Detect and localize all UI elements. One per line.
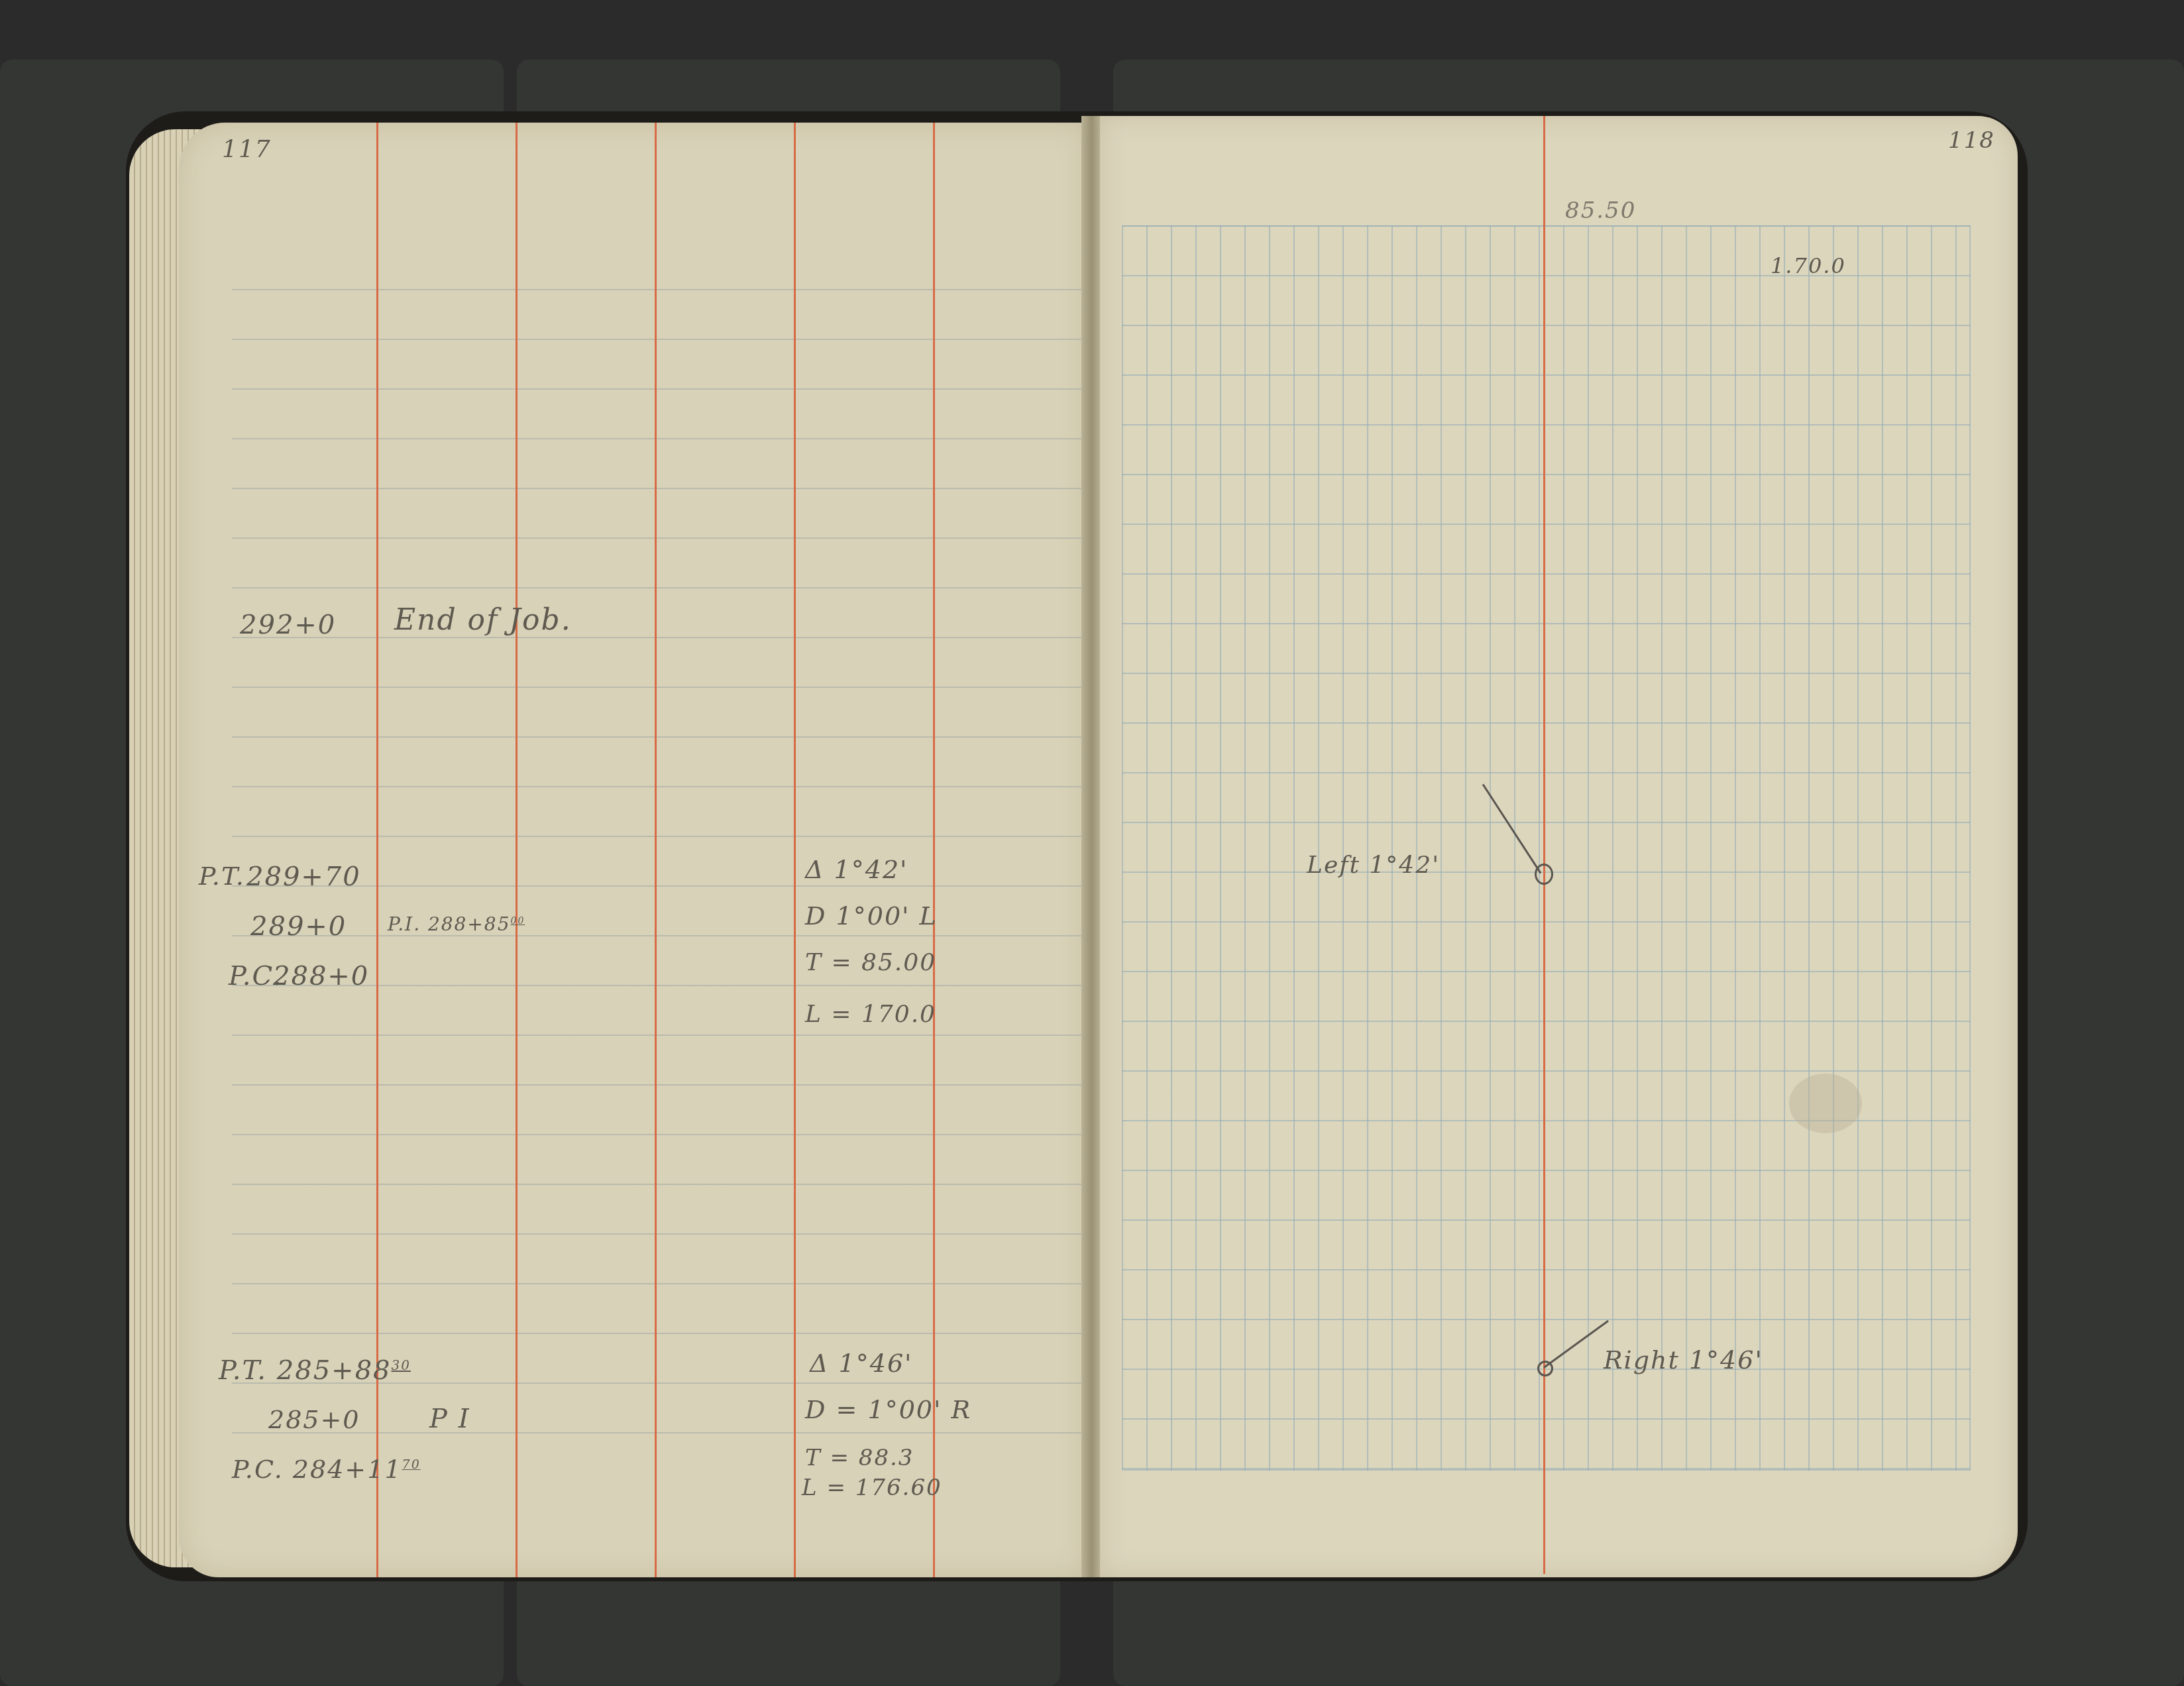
curve1-pt-station: 289+70 [246, 862, 361, 892]
curve2-pt-entry: P.T. 285+8830 [219, 1355, 411, 1386]
curve2-pc-entry: P.C. 284+1170 [232, 1455, 421, 1484]
curve2-pt-label: P.T. [219, 1355, 267, 1386]
curve1-pi-text: P.I. 288+85 [388, 913, 510, 935]
curve2-pc-sup: 70 [402, 1457, 421, 1472]
ruled-lines [232, 241, 1087, 1480]
curve2-pi-note: P I [429, 1404, 470, 1434]
curve1-pc-station: 288+0 [273, 961, 369, 991]
left-curve-label: Left 1°42' [1307, 852, 1440, 879]
right-curve-label: Right 1°46' [1604, 1345, 1763, 1375]
right-curve-pi-marker [1537, 1361, 1553, 1377]
column-rule [933, 123, 935, 1577]
column-rule [516, 123, 518, 1577]
curve2-degree: D = 1°00' R [805, 1395, 971, 1424]
curve2-mid-station: 285+0 [268, 1405, 360, 1434]
curve1-pi-sup: 00 [510, 916, 525, 927]
page-number-left: 117 [222, 136, 272, 163]
curve1-degree: D 1°00' L [805, 901, 938, 930]
curve2-pt-sup: 30 [392, 1357, 411, 1373]
curve1-mid-station: 289+0 [250, 911, 347, 942]
page-number-right: 118 [1948, 127, 1995, 154]
curve2-delta: Δ 1°46' [810, 1349, 913, 1378]
end-station: 292+0 [240, 610, 336, 640]
left-curve-pi-marker [1535, 864, 1553, 885]
column-rule [794, 123, 796, 1577]
curve2-pc-label: P.C. [232, 1455, 284, 1484]
top-value-2: 1.70.0 [1771, 253, 1846, 278]
top-value-1: 85.50 [1565, 197, 1636, 224]
end-note: End of Job. [394, 603, 572, 637]
curve2-pc-station: 284+11 [293, 1455, 402, 1484]
curve2-length: L = 176.60 [802, 1475, 942, 1501]
center-line-rule [1543, 116, 1545, 1574]
curve1-tangent: T = 85.00 [805, 949, 936, 976]
column-rule [655, 123, 657, 1577]
curve2-tangent: T = 88.3 [805, 1445, 914, 1471]
curve1-delta: Δ 1°42' [805, 855, 908, 884]
curve2-pt-station: 285+88 [277, 1355, 392, 1386]
curve1-pi-note: P.I. 288+8500 [388, 913, 525, 935]
curve1-length: L = 170.0 [805, 1001, 936, 1028]
paper-stain [1789, 1074, 1862, 1133]
curve1-pt-label: P.T. [199, 862, 245, 891]
graph-grid [1122, 225, 1971, 1471]
